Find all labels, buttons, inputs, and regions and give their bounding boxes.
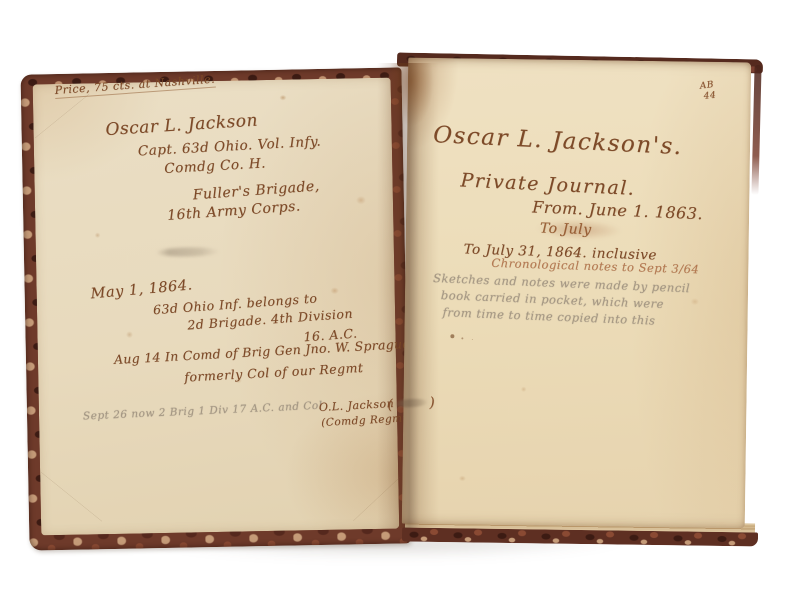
august-note-1: Aug 14 In Comd of Brig Gen Jno. W. Sprag… <box>114 336 411 367</box>
owner-rank: Capt. 63d Ohio. Vol. Infy. <box>138 134 322 160</box>
paper-crease <box>39 469 105 524</box>
pastedown-page: Price, 75 cts. at Nashville. Oscar L. Ja… <box>33 78 400 536</box>
smudged-line: To July <box>540 220 592 238</box>
open-journal-book: Price, 75 cts. at Nashville. Oscar L. Ja… <box>25 55 760 565</box>
owner-command: Comdg Co. H. <box>164 155 266 176</box>
gutter-scribble: () <box>387 395 436 414</box>
erased-pencil-marks <box>156 247 220 257</box>
flyleaf-page: AB 44 Oscar L. Jackson's. Private Journa… <box>402 58 751 529</box>
september-pencil-note: Sept 26 now 2 Brig 1 Div 17 A.C. and Col <box>83 400 323 423</box>
journal-photograph: Price, 75 cts. at Nashville. Oscar L. Ja… <box>0 0 800 600</box>
paper-crease <box>351 474 403 524</box>
marbled-front-cover: Price, 75 cts. at Nashville. Oscar L. Ja… <box>20 67 410 550</box>
cover-fore-edge <box>751 65 761 195</box>
corner-mark: 44 <box>703 91 716 102</box>
corps-line: 16th Army Corps. <box>167 198 302 224</box>
ink-dots <box>450 334 454 338</box>
scribble-paren-close: ) <box>429 395 436 411</box>
date-note: May 1, 1864. <box>90 277 193 302</box>
scribble-paren-open: ( <box>387 397 394 413</box>
ink-signature-note: (Comdg Regmt) <box>321 412 412 429</box>
brigade-line: Fuller's Brigade, <box>192 178 320 203</box>
purchase-note: Price, 75 cts. at Nashville. <box>54 73 215 99</box>
ink-signature: O.L. Jackson <box>319 397 395 414</box>
august-note-2: formerly Col of our Regmt <box>184 360 364 385</box>
journal-title-line-2: Private Journal. <box>460 169 636 200</box>
owner-name: Oscar L. Jackson <box>105 111 259 141</box>
journal-title-line-1: Oscar L. Jackson's. <box>433 122 684 160</box>
chronological-notes-line: Chronological notes to Sept 3/64 <box>491 256 699 277</box>
scribble-pencil-smudge <box>394 398 428 408</box>
